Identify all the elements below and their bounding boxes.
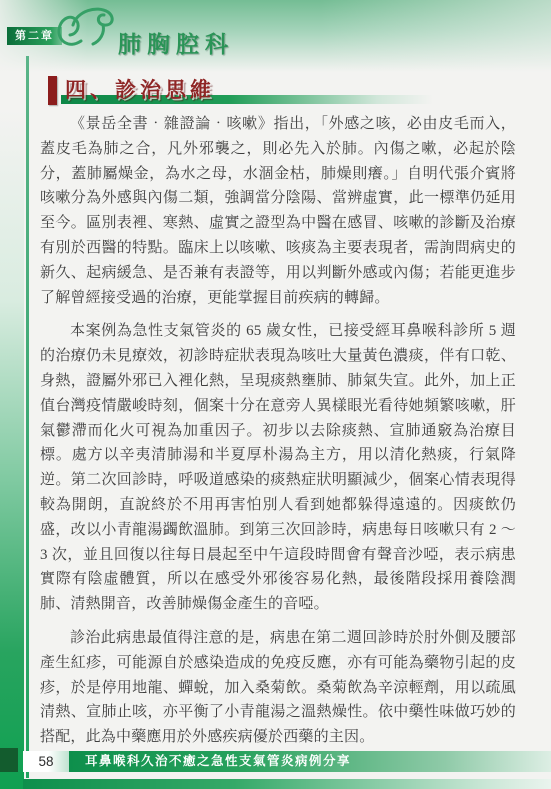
body-paragraph: 診治此病患最值得注意的是，病患在第二週回診時於肘外側及腰部產生紅疹，可能源自於感… <box>40 626 516 750</box>
section-header: 四、診治思維 <box>48 73 518 107</box>
section-red-bar <box>48 76 57 105</box>
footer-bar: 耳鼻喉科久治不癒之急性支氣管炎病例分享 <box>69 751 551 772</box>
section-title: 四、診治思維 <box>65 74 215 104</box>
footer-dark-square <box>0 748 18 772</box>
chapter-title: 肺胸腔科 <box>118 26 234 59</box>
footer-title: 耳鼻喉科久治不癒之急性支氣管炎病例分享 <box>85 754 351 768</box>
footer-bottom-strip <box>23 779 551 789</box>
page: 第二章 肺胸腔科 四、診治思維 《景岳全書‧雜證論‧咳嗽》指出，「外感之咳，必由… <box>0 0 551 789</box>
heart-calligraphy-icon <box>53 3 119 59</box>
page-number-box: 58 <box>23 751 69 772</box>
left-vertical-line <box>26 56 29 778</box>
body-paragraph: 本案例為急性支氣管炎的 65 歲女性，已接受經耳鼻喉科診所 5 週的治療仍未見療… <box>40 319 516 617</box>
body-paragraph: 《景岳全書‧雜證論‧咳嗽》指出，「外感之咳，必由皮毛而入，蓋皮毛為肺之合，凡外邪… <box>40 112 516 310</box>
article-body: 《景岳全書‧雜證論‧咳嗽》指出，「外感之咳，必由皮毛而入，蓋皮毛為肺之合，凡外邪… <box>40 112 516 759</box>
left-rail-gradient <box>0 110 24 789</box>
page-number: 58 <box>38 754 53 769</box>
